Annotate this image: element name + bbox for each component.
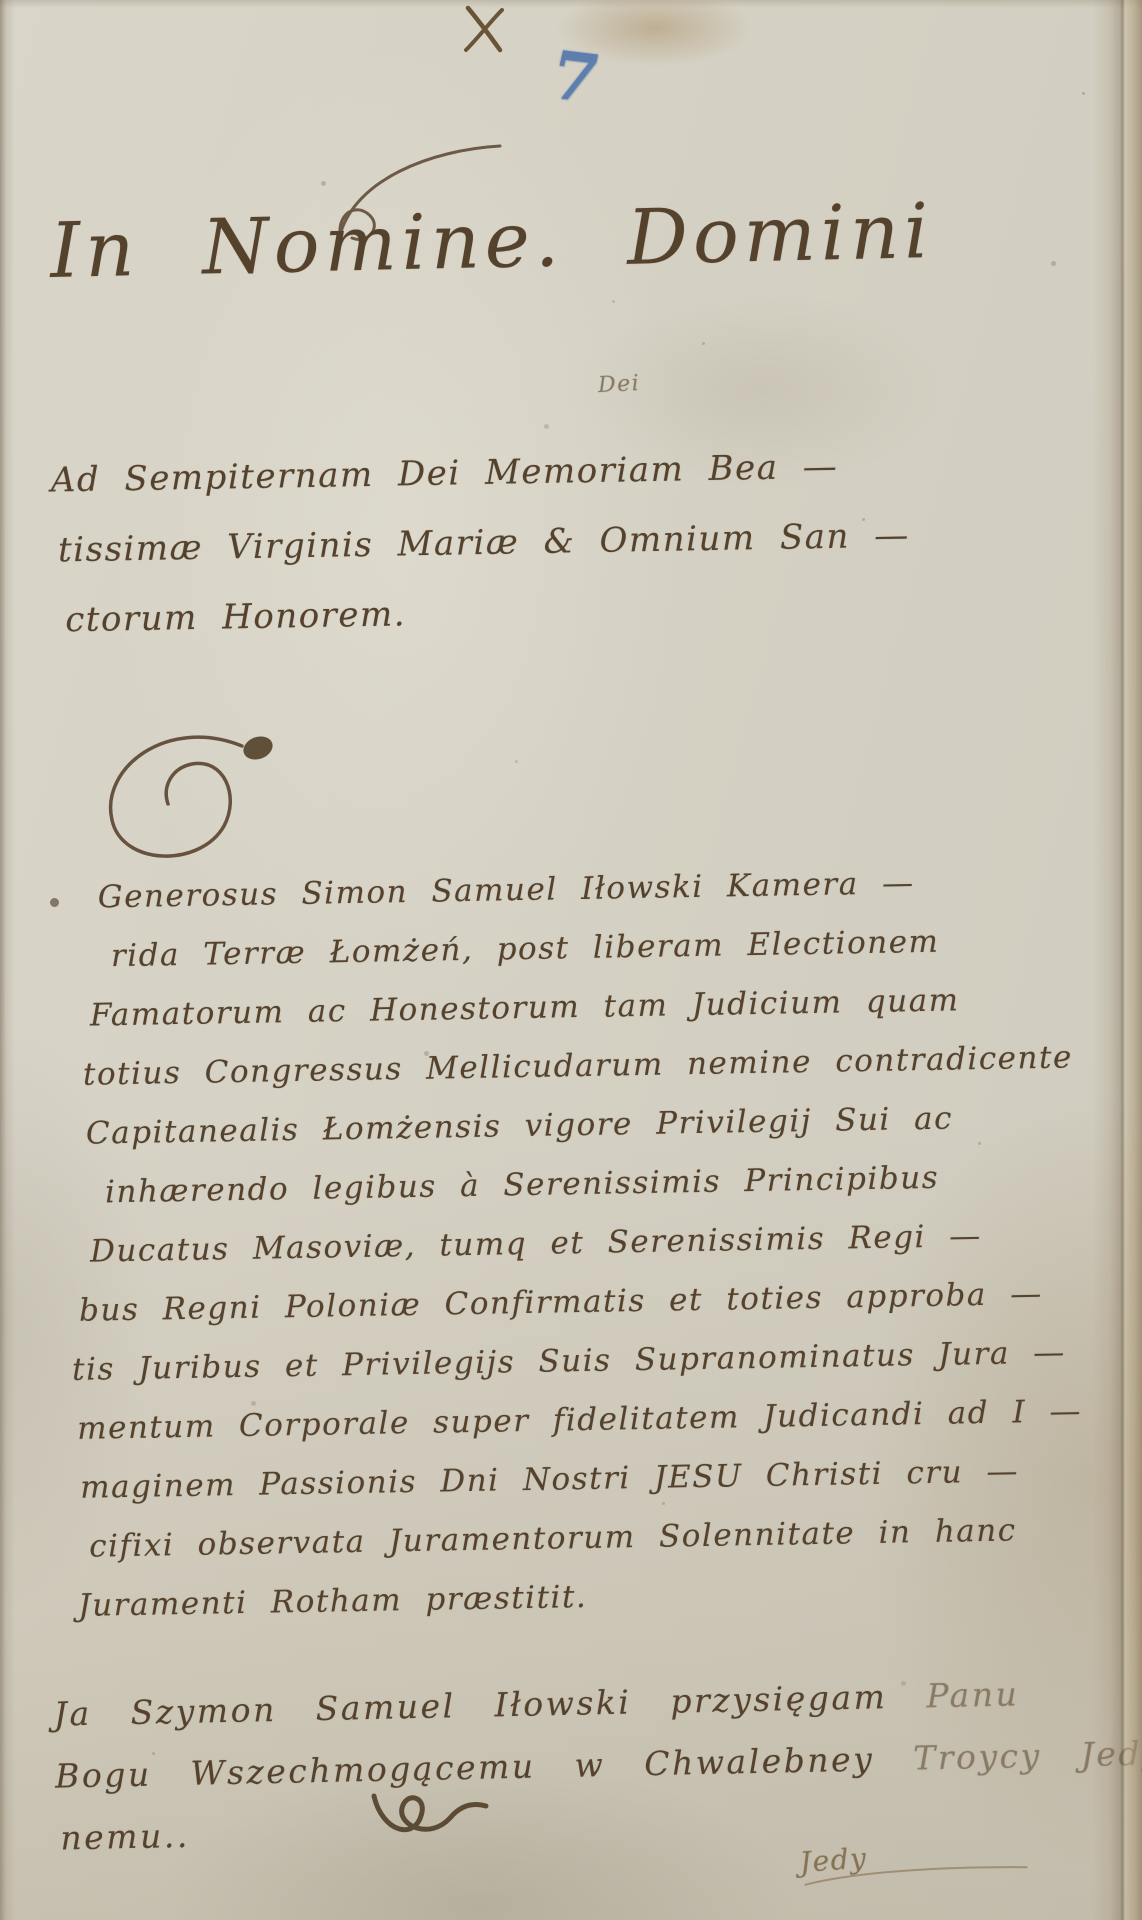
invocation-line: ctorum Honorem. — [65, 571, 912, 656]
oath-line-faded-text: Panu — [926, 1674, 1020, 1715]
ink-blot — [50, 898, 59, 907]
page-edge — [1092, 0, 1142, 1920]
interlinear-note: Dei — [597, 371, 640, 398]
page-number: 7 — [543, 36, 606, 118]
ornament-initial-flourish — [92, 728, 262, 867]
x-mark-icon — [458, 0, 512, 62]
invocation-paragraph: Ad Sempiternam Dei Memoriam Bea — tissim… — [50, 431, 911, 656]
invocation-line: tissimæ Virginis Mariæ & Omnium San — — [57, 501, 910, 586]
page-title: In Nomine. Domini — [49, 186, 934, 295]
oath-flourish-ornament — [368, 1788, 528, 1862]
manuscript-page: 7 In Nomine. Domini Dei Ad Sempiternam D… — [0, 0, 1142, 1920]
main-paragraph: Generosus Simon Samuel Iłowski Kamera — … — [79, 851, 1085, 1635]
oath-line-text: Ja Szymon Samuel Iłowski przysięgam — [53, 1677, 887, 1733]
